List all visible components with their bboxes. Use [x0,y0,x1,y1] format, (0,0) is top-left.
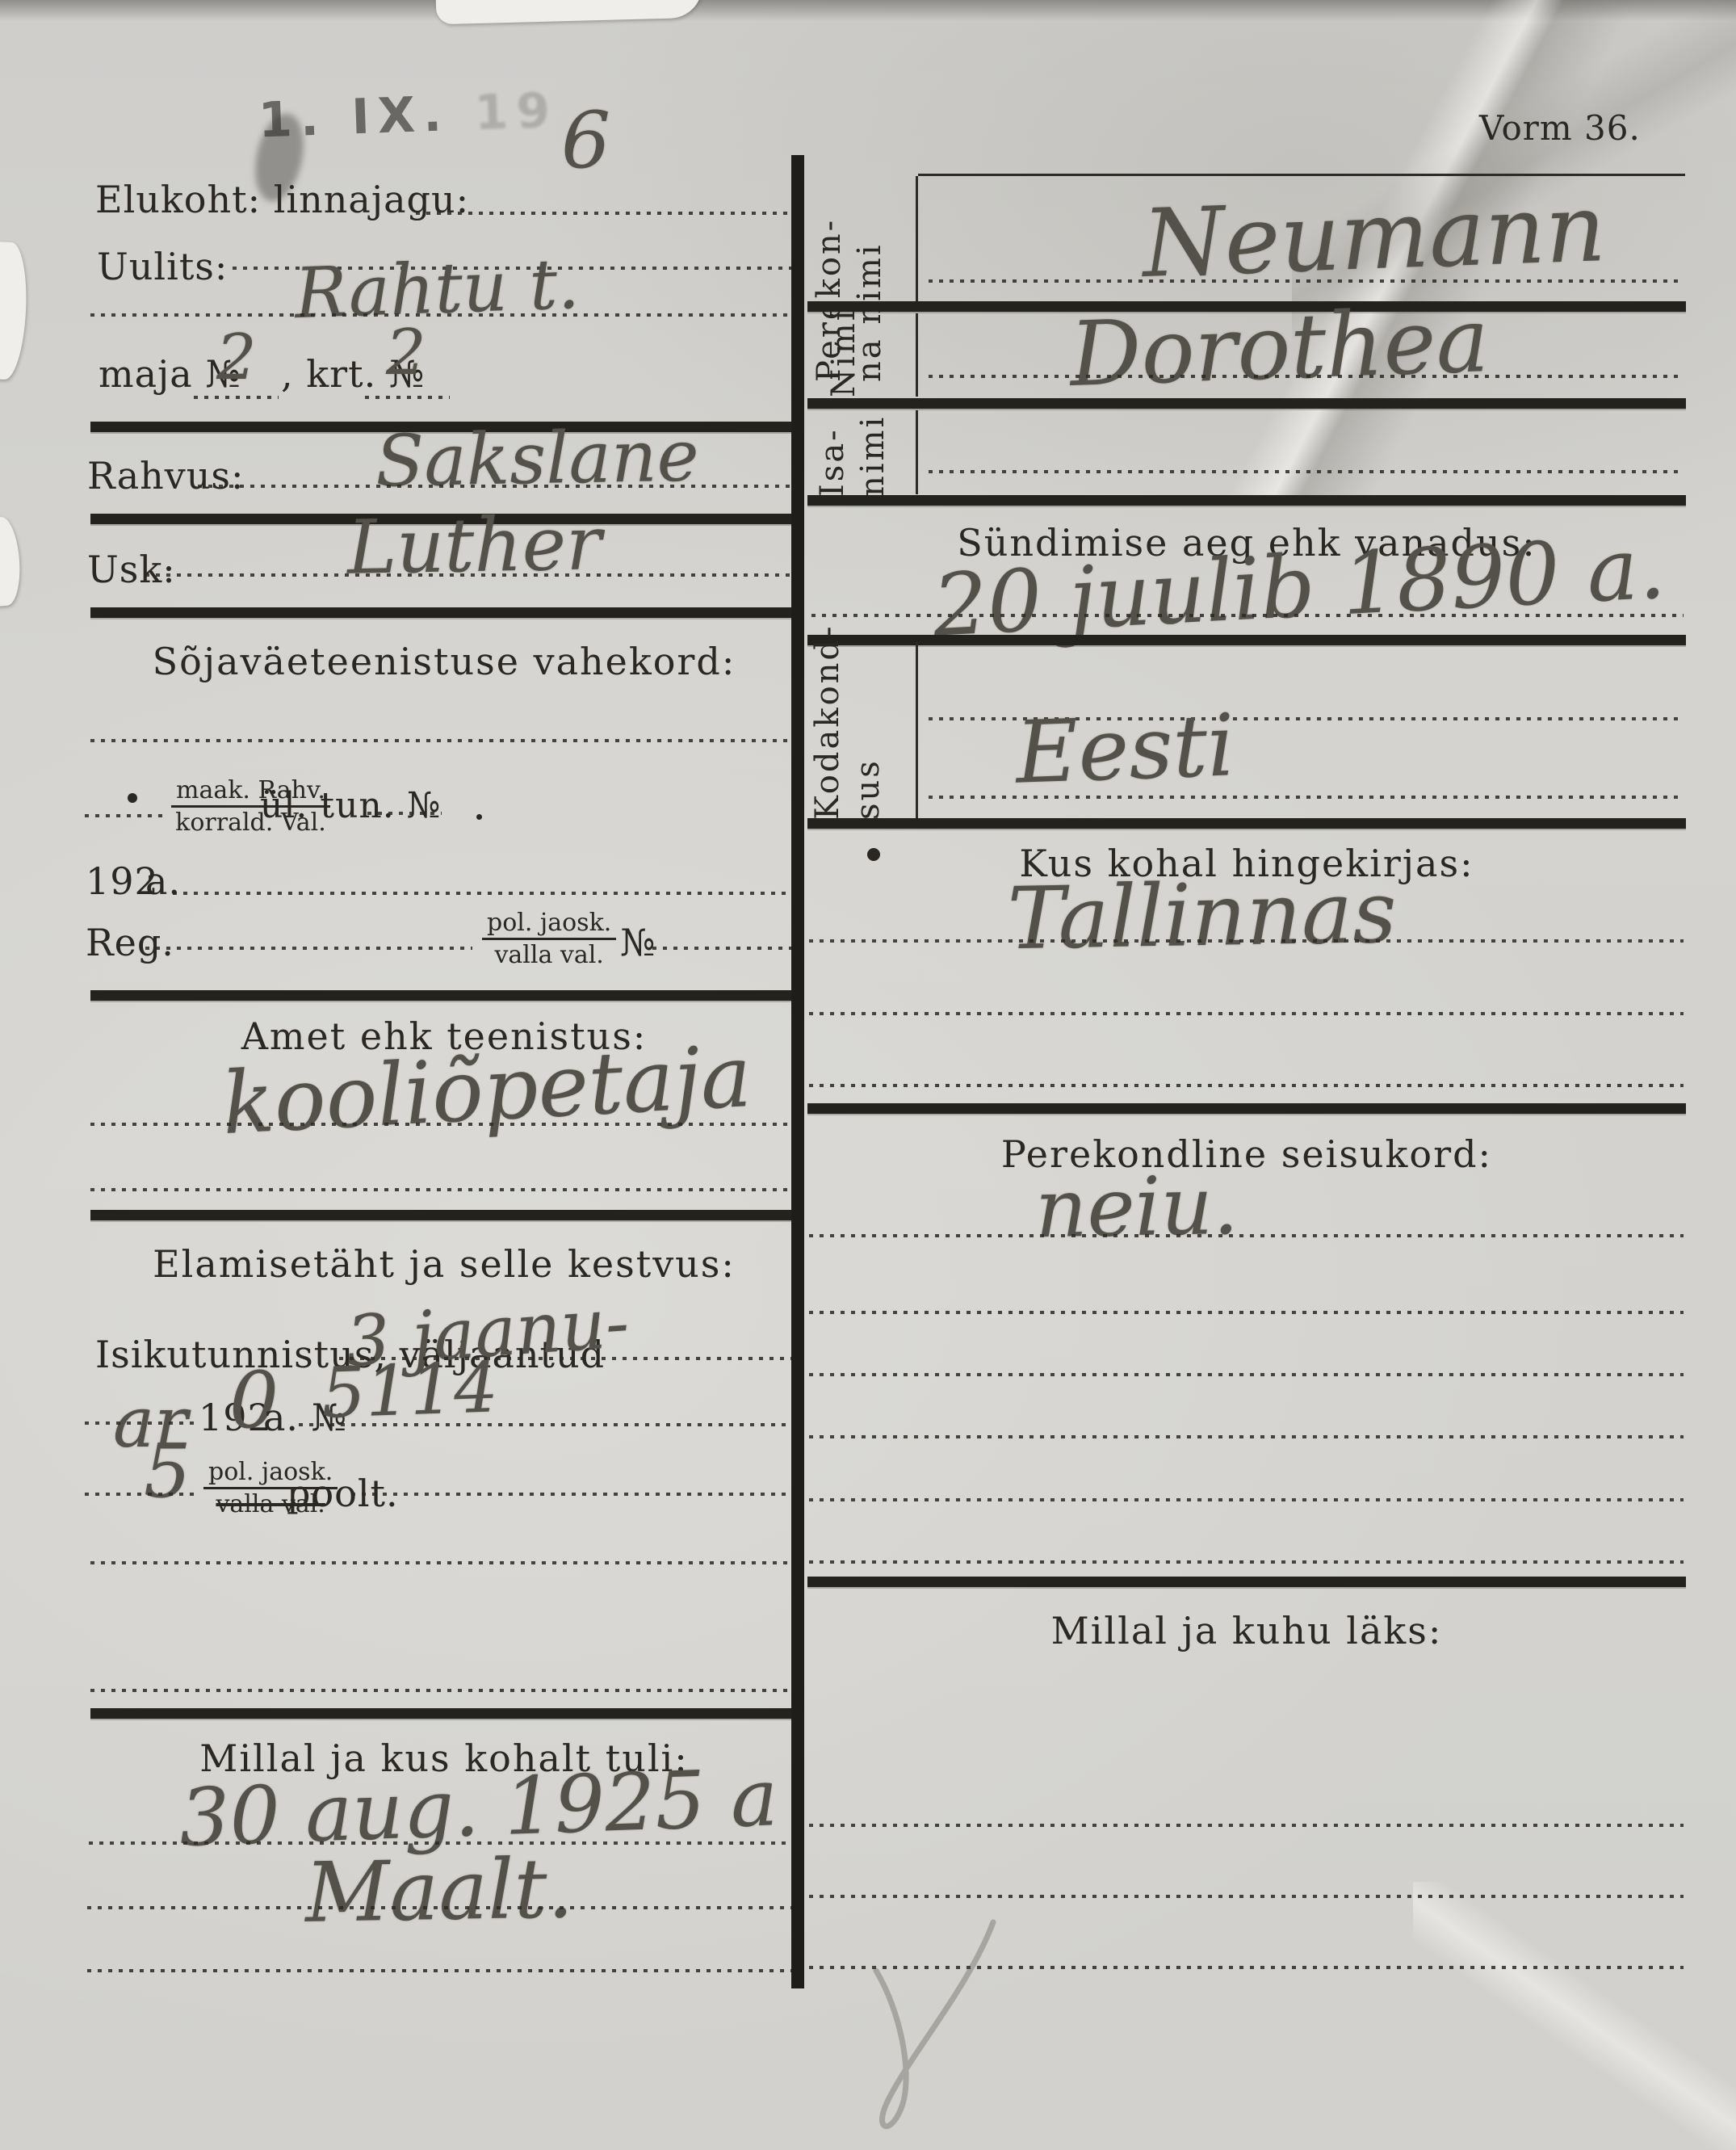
rule-right-6 [807,1103,1686,1114]
pencil-mark [832,1914,1042,2150]
pol-fraction-bottom: valla val. [482,940,616,968]
laks-line-2 [809,1895,1684,1898]
isanimi-line [929,470,1684,473]
pencil-note-6: 6 [561,95,610,186]
isanimi-label-line2: nimi [854,412,891,497]
amet-line-1 [90,1123,795,1126]
ul-tun-label: ül. tun. № [260,785,441,826]
nimi-label-text: Nimi [825,317,862,397]
torn-edge-left-2 [0,516,23,607]
usk-label: Usk: [87,548,176,591]
maja-value: 2 [216,321,257,394]
rule-left-4 [90,990,798,1001]
tuli-value-line2: Maalt. [304,1841,574,1942]
seisukord-heading: Perekondline seisukord: [807,1132,1686,1176]
tuli-line-2 [87,1906,795,1909]
right-blank-line-1 [809,1311,1684,1314]
usk-line [145,573,795,577]
year-line [173,892,795,895]
hingekirjas-line-3 [809,1084,1684,1087]
reg-line-2 [652,947,795,950]
isik-line-2 [85,1421,194,1425]
right-blank-line-4 [809,1498,1684,1501]
vrule-isa [916,410,918,494]
perekonnanimi-line [929,279,1684,283]
date-stamp-faded: 19 [473,82,559,142]
rahvus-line [198,485,795,488]
laks-heading: Millal ja kuhu läks: [807,1609,1686,1652]
left-blank-line-1 [90,1561,795,1564]
tuli-line-3 [87,1969,795,1972]
military-heading: Sõjaväeteenistuse vahekord: [90,640,798,683]
reg-no-label: № [620,921,656,964]
kodakondsus-label-line1: Kodakond- [809,650,846,820]
rule-right-7 [807,1577,1686,1587]
rahvus-label: Rahvus: [87,454,244,498]
right-blank-line-3 [809,1435,1684,1438]
pol-fraction-top: pol. jaosk. [482,909,616,940]
hingekirjas-line-2 [809,1012,1684,1015]
rule-left-5 [90,1210,798,1220]
kodakondsus-label-line2: sus [849,650,887,820]
nimi-label: Nimi [825,317,862,397]
seisukord-line [809,1234,1684,1237]
poolt-line [351,1493,795,1496]
stray-dot [476,814,482,820]
nimi-line [929,375,1684,378]
precinct-value: 5 [144,1428,191,1514]
kodakondsus-line-2 [929,796,1684,799]
precinct-line [85,1493,194,1496]
right-blank-line-5 [809,1560,1684,1564]
isanimi-label: Isa- nimi [814,412,891,497]
vrule-kodakondsus [916,642,918,821]
military-line [90,739,795,742]
laks-line-1 [809,1824,1684,1827]
elukoht-label: Elukoht: linnajagu: [95,178,469,221]
elamis-heading: Elamisetäht ja selle kestvus: [90,1242,798,1286]
uulits-line-2 [90,313,795,317]
column-divider [791,155,804,1988]
hingekirjas-line-1 [809,939,1684,943]
kodakondsus-value: Eesti [1014,695,1236,802]
kodakondsus-label: Kodakond- sus [809,650,887,820]
krt-value: 2 [386,317,426,389]
pol-fraction: pol. jaosk. valla val. [482,909,616,968]
isanimi-label-line1: Isa- [814,412,851,497]
uulits-label: Uulits: [97,245,228,288]
bullet-dot [128,793,137,803]
ul-tun-line [367,812,442,815]
isik-number: 5114 [320,1347,499,1434]
vrule-nimi [916,313,918,397]
maak-line-left [85,814,166,817]
rule-right-5 [807,818,1686,829]
rule-right-3 [807,495,1686,506]
isik-line-3 [299,1423,795,1426]
rule-left-6 [90,1708,798,1719]
torn-edge-left-1 [0,241,29,380]
sundimise-line [811,614,1684,617]
fold-crease-bottom-right [1413,1882,1736,2150]
rule-right-2 [807,398,1686,409]
torn-edge-top [436,0,703,24]
left-blank-line-2 [90,1689,795,1692]
year-a-label: a. [145,859,181,903]
amet-line-2 [90,1188,795,1191]
rule-right-4 [807,635,1686,645]
usk-value: Luther [346,500,602,590]
rahvus-value: Sakslane [375,414,699,503]
scanned-form: 1. IX. 19 6 Vorm 36. Elukoht: linnajagu:… [0,0,1736,2150]
form-number: Vorm 36. [1479,108,1641,148]
reg-line-1 [145,947,472,950]
rule-left-3 [90,607,798,618]
uulits-value: Rahtu t. [293,244,581,334]
reg-label: Reg. [86,921,174,964]
vrule-top [916,176,918,303]
right-blank-line-2 [809,1373,1684,1376]
maja-line [194,396,279,399]
krt-line [365,396,450,399]
top-edge-shadow [0,0,1736,21]
nimi-value: Dorothea [1068,288,1491,406]
seisukord-value: neiu. [1034,1158,1239,1256]
hingekirjas-value: Tallinnas [1007,863,1398,968]
elukoht-line [416,212,795,215]
